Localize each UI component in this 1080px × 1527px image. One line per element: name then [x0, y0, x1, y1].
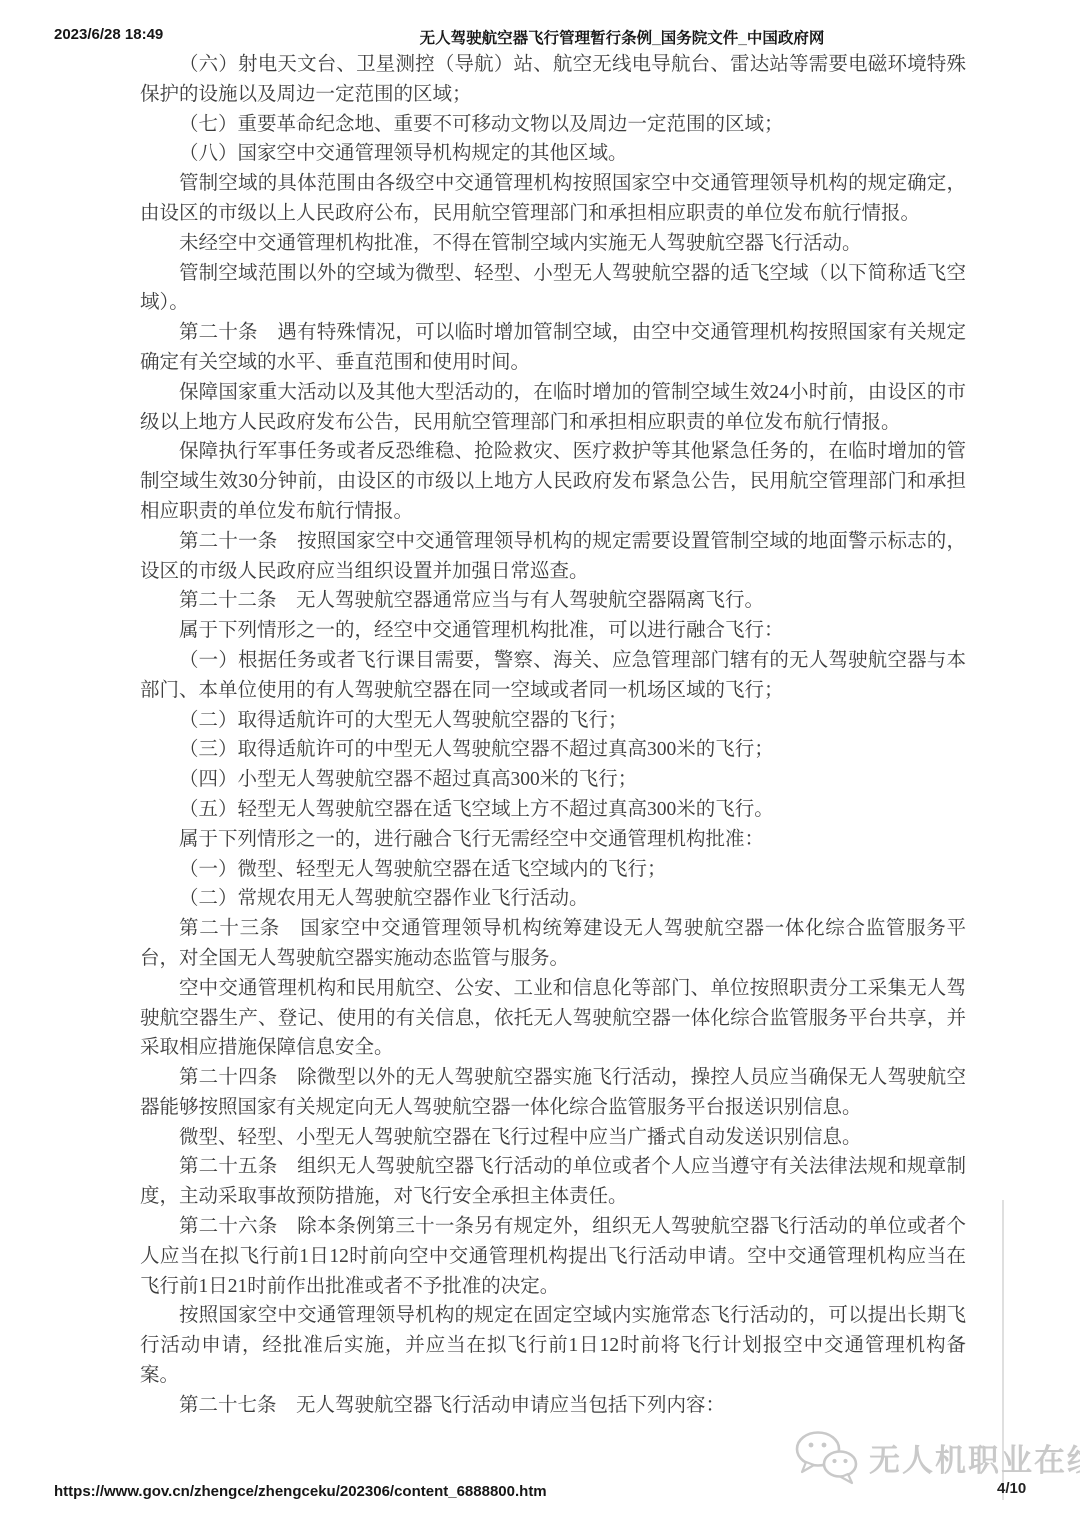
paragraph-article-22: 第二十二条 无人驾驶航空器通常应当与有人驾驶航空器隔离飞行。 — [140, 586, 966, 616]
watermark-text: 无人机职业在线 — [869, 1435, 1080, 1480]
paragraph-article-26: 第二十六条 除本条例第三十一条另有规定外，组织无人驾驶航空器飞行活动的单位或者个… — [140, 1212, 966, 1301]
paragraph: 属于下列情形之一的，经空中交通管理机构批准，可以进行融合飞行： — [140, 616, 966, 646]
paragraph: （一）微型、轻型无人驾驶航空器在适飞空域内的飞行； — [140, 855, 966, 885]
paragraph: （二）常规农用无人驾驶航空器作业飞行活动。 — [140, 884, 966, 914]
watermark: 无人机职业在线 — [793, 1428, 1080, 1486]
paragraph: 保障国家重大活动以及其他大型活动的，在临时增加的管制空域生效24小时前，由设区的… — [140, 378, 966, 438]
paragraph: 管制空域的具体范围由各级空中交通管理机构按照国家空中交通管理领导机构的规定确定，… — [140, 169, 966, 229]
paragraph-article-25: 第二十五条 组织无人驾驶航空器飞行活动的单位或者个人应当遵守有关法律法规和规章制… — [140, 1152, 966, 1212]
paragraph-article-21: 第二十一条 按照国家空中交通管理领导机构的规定需要设置管制空域的地面警示标志的，… — [140, 527, 966, 587]
paragraph: （六）射电天文台、卫星测控（导航）站、航空无线电导航台、雷达站等需要电磁环境特殊… — [140, 50, 966, 110]
paragraph: 属于下列情形之一的，进行融合飞行无需经空中交通管理机构批准： — [140, 825, 966, 855]
document-body: （六）射电天文台、卫星测控（导航）站、航空无线电导航台、雷达站等需要电磁环境特殊… — [140, 50, 966, 1421]
paragraph: 微型、轻型、小型无人驾驶航空器在飞行过程中应当广播式自动发送识别信息。 — [140, 1123, 966, 1153]
paragraph: 空中交通管理机构和民用航空、公安、工业和信息化等部门、单位按照职责分工采集无人驾… — [140, 974, 966, 1063]
wechat-icon — [793, 1428, 861, 1486]
paragraph: （四）小型无人驾驶航空器不超过真高300米的飞行； — [140, 765, 966, 795]
page-number: 4/10 — [997, 1480, 1026, 1497]
paragraph-article-23: 第二十三条 国家空中交通管理领导机构统筹建设无人驾驶航空器一体化综合监管服务平台… — [140, 914, 966, 974]
paragraph: （一）根据任务或者飞行课目需要，警察、海关、应急管理部门辖有的无人驾驶航空器与本… — [140, 646, 966, 706]
source-url: https://www.gov.cn/zhengce/zhengceku/202… — [54, 1483, 547, 1500]
paragraph: （八）国家空中交通管理领导机构规定的其他区域。 — [140, 139, 966, 169]
paragraph: 保障执行军事任务或者反恐维稳、抢险救灾、医疗救护等其他紧急任务的，在临时增加的管… — [140, 437, 966, 526]
paragraph: 管制空域范围以外的空域为微型、轻型、小型无人驾驶航空器的适飞空域（以下简称适飞空… — [140, 259, 966, 319]
paragraph: 未经空中交通管理机构批准，不得在管制空域内实施无人驾驶航空器飞行活动。 — [140, 229, 966, 259]
paragraph: （二）取得适航许可的大型无人驾驶航空器的飞行； — [140, 706, 966, 736]
paragraph-article-27: 第二十七条 无人驾驶航空器飞行活动申请应当包括下列内容： — [140, 1391, 966, 1421]
print-timestamp: 2023/6/28 18:49 — [54, 26, 163, 43]
paragraph: （三）取得适航许可的中型无人驾驶航空器不超过真高300米的飞行； — [140, 735, 966, 765]
paragraph-article-24: 第二十四条 除微型以外的无人驾驶航空器实施飞行活动，操控人员应当确保无人驾驶航空… — [140, 1063, 966, 1123]
document-page: 2023/6/28 18:49 无人驾驶航空器飞行管理暂行条例_国务院文件_中国… — [0, 0, 1080, 1527]
paragraph: 按照国家空中交通管理领导机构的规定在固定空域内实施常态飞行活动的，可以提出长期飞… — [140, 1301, 966, 1390]
paragraph: （五）轻型无人驾驶航空器在适飞空域上方不超过真高300米的飞行。 — [140, 795, 966, 825]
paragraph: （七）重要革命纪念地、重要不可移动文物以及周边一定范围的区域； — [140, 110, 966, 140]
paragraph-article-20: 第二十条 遇有特殊情况，可以临时增加管制空域，由空中交通管理机构按照国家有关规定… — [140, 318, 966, 378]
page-title: 无人驾驶航空器飞行管理暂行条例_国务院文件_中国政府网 — [164, 26, 1080, 48]
